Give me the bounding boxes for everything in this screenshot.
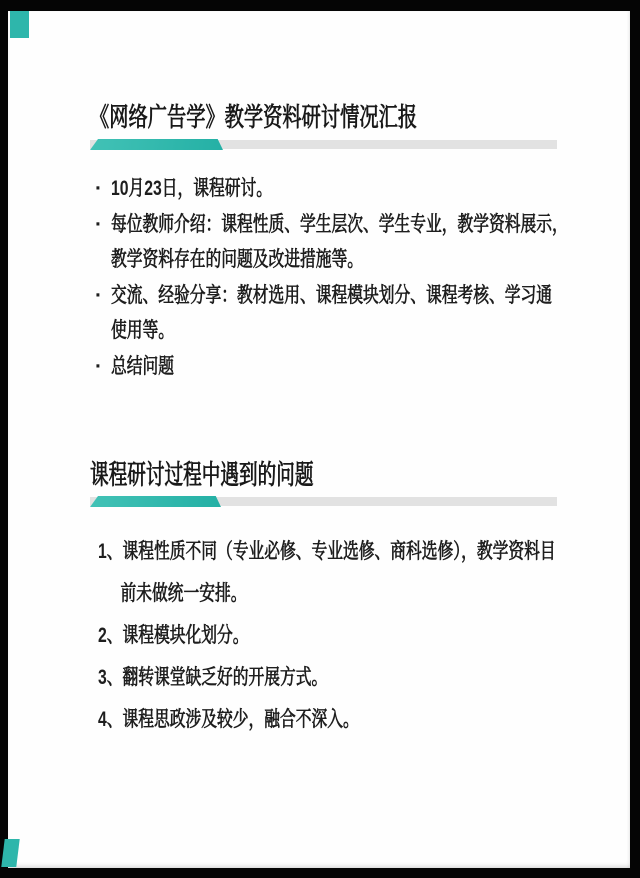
report-title: 《网络广告学》教学资料研讨情况汇报 xyxy=(90,101,417,133)
problem-item: 2、课程模块化划分。 xyxy=(98,615,640,657)
problems-list: 1、课程性质不同（专业必修、专业选修、商科选修），教学资料目 前未做统一安排。 … xyxy=(98,531,640,741)
problem-line: 前未做统一安排。 xyxy=(98,573,556,615)
summary-line: 10月23日，课程研讨。 xyxy=(111,171,568,207)
problem-line: 3、翻转课堂缺乏好的开展方式。 xyxy=(98,657,556,699)
summary-item: · 交流、经验分享：教材选用、课程模块划分、课程考核、学习通 使用等。 xyxy=(96,278,640,349)
problem-item: 1、课程性质不同（专业必修、专业选修、商科选修），教学资料目 前未做统一安排。 xyxy=(98,531,640,615)
problem-line: 1、课程性质不同（专业必修、专业选修、商科选修），教学资料目 xyxy=(98,531,556,573)
summary-item: · 10月23日，课程研讨。 xyxy=(96,171,640,207)
document-page: 《网络广告学》教学资料研讨情况汇报 · 10月23日，课程研讨。 · 每位教师介… xyxy=(8,11,630,868)
summary-list: · 10月23日，课程研讨。 · 每位教师介绍：课程性质、学生层次、学生专业，教… xyxy=(96,171,640,384)
bullet-dot: · xyxy=(95,349,102,385)
summary-line: 交流、经验分享：教材选用、课程模块划分、课程考核、学习通 xyxy=(111,278,568,314)
problems-underline xyxy=(90,497,557,506)
title-underline-accent xyxy=(90,139,223,150)
summary-item: · 总结问题 xyxy=(96,349,640,385)
summary-line: 总结问题 xyxy=(111,349,568,385)
problems-underline-accent xyxy=(90,496,221,507)
summary-line: 使用等。 xyxy=(111,313,568,349)
summary-item: · 每位教师介绍：课程性质、学生层次、学生专业，教学资料展示， 教学资料存在的问… xyxy=(96,207,640,278)
problem-line: 2、课程模块化划分。 xyxy=(98,615,556,657)
teal-corner-mark-top-left xyxy=(10,11,29,38)
problems-heading: 课程研讨过程中遇到的问题 xyxy=(90,459,314,492)
problem-item: 3、翻转课堂缺乏好的开展方式。 xyxy=(98,657,640,699)
bullet-dot: · xyxy=(95,171,102,207)
title-underline xyxy=(90,140,557,149)
photo-frame: 《网络广告学》教学资料研讨情况汇报 · 10月23日，课程研讨。 · 每位教师介… xyxy=(0,0,640,878)
problem-line: 4、课程思政涉及较少，融合不深入。 xyxy=(98,699,556,741)
bullet-dot: · xyxy=(95,278,102,314)
summary-line: 每位教师介绍：课程性质、学生层次、学生专业，教学资料展示， xyxy=(111,207,568,243)
bullet-dot: · xyxy=(95,207,102,243)
summary-line: 教学资料存在的问题及改进措施等。 xyxy=(111,242,568,278)
problem-item: 4、课程思政涉及较少，融合不深入。 xyxy=(98,699,640,741)
